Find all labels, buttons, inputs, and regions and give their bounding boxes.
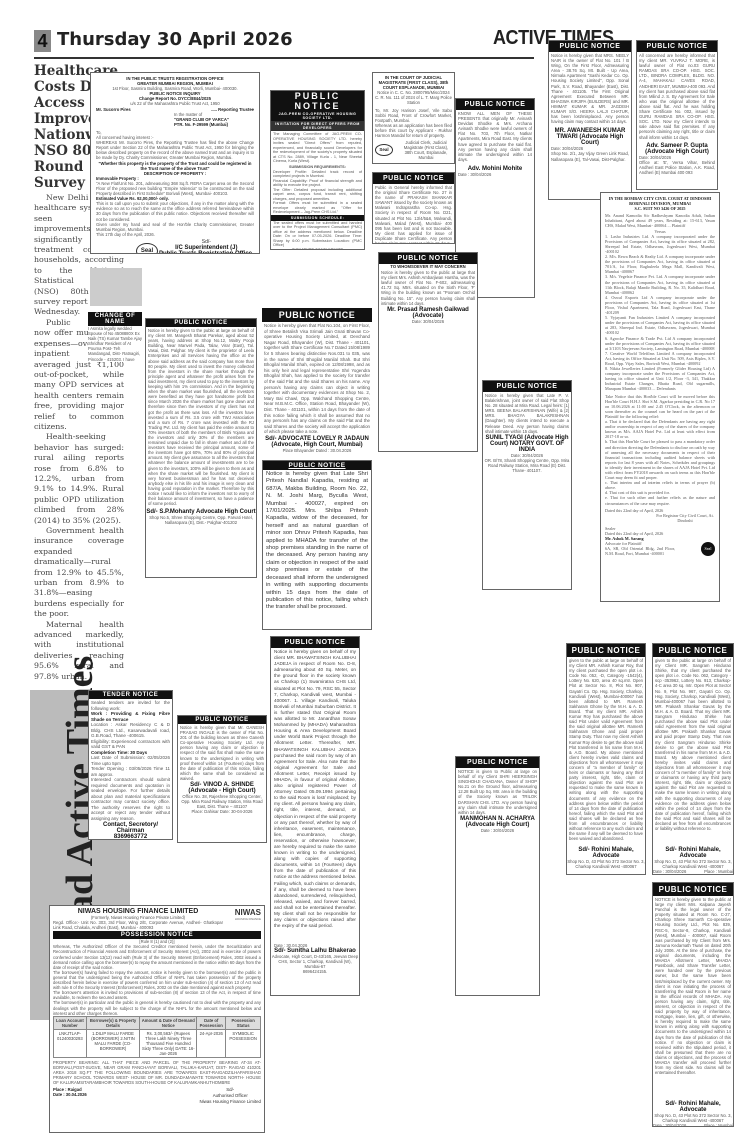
tender-contact: Contact, Secretory/ Chairman	[103, 822, 158, 834]
plaintiff: Mr. Anand Kamodia S/o Radheshyam Kanodia…	[605, 213, 715, 228]
company-name: NIWAS HOUSING FINANCE LIMITED	[53, 908, 223, 915]
requirements-list: Developer Profile: Detailed track record…	[271, 170, 364, 215]
defendant: 8. Nikita Jewelleries Limited (Formerly …	[605, 366, 715, 391]
page-number: 4	[34, 30, 51, 52]
notice-title: PUBLIC NOTICE	[483, 381, 571, 392]
notice-body: Notice is hereby given to the public at …	[379, 269, 477, 307]
defendants-list: 1. Lasho Industries Ltd. A company incor…	[605, 234, 715, 392]
tender-notice: TENDER NOTICE Sealed tenders are invited…	[88, 690, 173, 840]
case-number: Notice in C. C. No. 2800795/Misc/2024 C.…	[375, 90, 452, 105]
signature: Sd/- ADVOCATE LOVELY R JADAUN (Advocate,…	[265, 436, 369, 448]
notice-paragraph: The borrower(s) having failed to repay t…	[53, 970, 261, 990]
notice-body: Notice is hereby given on behalf of my c…	[271, 648, 359, 943]
niwas-possession-notice: NIWAS HOUSING FINANCE LIMITED (Formerly,…	[49, 905, 265, 1133]
notice-title: PUBLIC NOTICE	[549, 41, 631, 52]
relief-item: a. That it be declared that the Defendan…	[605, 419, 715, 439]
kapadia-notice: PUBLIC NOTICE Notice is hereby given tha…	[262, 460, 372, 630]
notice-title: PUBLIC NOTICE	[456, 99, 534, 110]
advocate-address: OR. B/78, Shanti Shopping Centre, Opp. M…	[483, 458, 571, 473]
notice-date: Date : 30/04/2026	[653, 869, 686, 874]
notice-paragraph: The borrower(s) in particular and the pu…	[53, 1000, 261, 1015]
signature: MANMOHAN N. ACHARYA (Advocate High Court…	[460, 816, 535, 828]
notice-title: PUBLIC NOTICE	[567, 644, 645, 657]
notice-body: Public in General hereby informed that t…	[373, 184, 454, 244]
niwas-logo: NIWAS HOUSING FINANCE	[235, 908, 261, 921]
advocate-address: 6A, SB, Old Oriental Bldg, 2nd Floor, N.…	[605, 546, 675, 556]
tender-eligibility: Eligibility: Experienced contractors wit…	[91, 739, 170, 750]
column-header: Amount & Date of Demand Notice	[140, 1016, 197, 1029]
column-header: Possession Status	[226, 1016, 261, 1029]
seal-icon: Seal	[375, 144, 393, 156]
logo-subtext: HOUSING FINANCE	[235, 917, 261, 921]
notice-date: Date : 30/04/2026	[456, 828, 539, 833]
vinod-notice: PUBLIC NOTICE Notice is hereby given tha…	[177, 715, 267, 843]
notice-body: Whereas as an application has been filed…	[375, 123, 452, 138]
borrower-details: 1.DILIP MALU FARDE (BORROWER) 2.NITIN MA…	[86, 1029, 140, 1057]
mangesh-notice: PUBLIC NOTICE Notice is hereby given to …	[145, 318, 257, 578]
requirement-item: Format: Offers must be submitted in a se…	[273, 201, 362, 215]
signature: MR. AWANEESH KUMAR TIWARI (Advocate High…	[555, 128, 626, 146]
column-header: Loan Account Number	[54, 1016, 87, 1029]
signature: Adv. Sameer P. Gupta (Advocate High Cour…	[645, 143, 709, 155]
relief-item: b. That this Hon'ble Court be pleased to…	[605, 439, 715, 480]
reliefs-list: a. That it be declared that the Defendan…	[605, 419, 715, 506]
notice-date: Date : 30/04/2026	[653, 1123, 686, 1127]
duplicate-share-notice: PUBLIC NOTICE Public in General hereby i…	[372, 172, 455, 244]
jag-prem-redevelopment-notice: PUBLIC NOTICE JAG-PREM CO-OPERATIVE HOUS…	[270, 90, 365, 250]
rohini-notice-shirke: PUBLIC NOTICE given to the public at lar…	[652, 643, 734, 875]
chadha-notice: PUBLIC NOTICE NOTICE is given to Public …	[455, 756, 540, 996]
notice-title: PUBLIC NOTICE	[262, 308, 372, 322]
suit-number: S.C. SUIT NO 3426 OF 2025	[605, 206, 715, 211]
notice-body: The Managing Committee of JAG-PREM CO-OP…	[271, 131, 364, 165]
notice-title: POSSESSION NOTICE	[53, 931, 261, 939]
notice-body: given to the public at large on behalf o…	[567, 657, 645, 847]
civil-court-suit-notice: IN THE BOMBAY CITY CIVIL COURT AT DINDOS…	[600, 192, 720, 602]
property-details: PROPERTY BEARING: ALL THAT PIECE AND PAR…	[53, 1060, 261, 1085]
signature-block: Judicial Clerk, Judicial Magistrate (Fir…	[400, 140, 452, 160]
notice-body: NOTICE is given to Public at large on be…	[456, 768, 539, 816]
invitation-heading: INVITATION FOR DIRECT OFFERS FROM DEVELO…	[271, 121, 364, 131]
tender-body: Sealed tenders are invited for the follo…	[89, 699, 172, 822]
notice-place: Place : Mumbai	[704, 869, 733, 874]
consultant-title: SIGNATURE CONSULTANTS	[271, 248, 364, 250]
advocate-address: Office No. 38, Rajeshree Shopping Center…	[178, 794, 266, 809]
advocate-address: Advocate, High Court, D-43/165, Jeevan D…	[271, 954, 359, 969]
column-header: Borrower(s) & Property Details	[86, 1016, 140, 1029]
notice-place-date: Place: Dahisar Date: 30-04-2026	[178, 809, 266, 814]
signature: Sd/- VINOD A. SHINDE (Advocate - High Co…	[188, 782, 255, 794]
tender-location: Location : Askar Residency C & D Bldg. C…	[91, 722, 170, 739]
ptr-number: PTR. No. F-29599 (Mumbai)	[96, 122, 254, 127]
relief-item: c. That interim and ad interim reliefs i…	[605, 480, 715, 490]
advocate-phone: 8696424155.	[271, 969, 359, 974]
notice-paragraph: The borrower's attention is invited to p…	[53, 990, 261, 1000]
tender-opening: Tender Opening : 03/05/2026 Time 11 am a…	[91, 766, 170, 777]
tender-phone: 8369663772	[114, 834, 147, 840]
defendant: 6. Agrocke Finance & Trade Pvt. Ltd A co…	[605, 336, 715, 351]
jadeja-notice: PUBLIC NOTICE Notice is hereby given on …	[270, 636, 360, 996]
signature: Mr. Prasad Ramesh Gaikwad (Advocate)	[387, 307, 469, 319]
trustee-name: Mr. Sucorro Pires	[96, 107, 131, 112]
logo-text: NIWAS	[235, 908, 261, 917]
article-body: New Delhi : India's healthcare system ha…	[34, 193, 124, 682]
tender-work: Work : Providing & Fixing Fibre Shade on…	[91, 711, 170, 722]
notice-body: Notice is hereby given that Late P. V. B…	[483, 392, 571, 435]
sig-office: Public Trusts Registration Office,	[159, 251, 254, 254]
seal-icon: Seal	[136, 243, 158, 254]
trust-registration-notice: IN THE PUBLIC TRUSTS REGISTRATION OFFICE…	[90, 72, 260, 254]
tender-intro: Sealed tenders are invited for the follo…	[91, 700, 170, 711]
masthead-rule	[34, 57, 534, 59]
notice-title: PUBLIC NOTICE	[653, 644, 733, 657]
defendant: 4. Oswal Exports Ltd A company incorpora…	[605, 295, 715, 315]
notice-body: given to the public at large on behalf o…	[653, 657, 733, 847]
advocate-address: Shop No. D, 43 Plot No 372 Sector No. 3,…	[567, 859, 645, 869]
notice-title: PUBLIC NOTICE	[146, 319, 256, 327]
requirement-item: Financial Capability: Proof of financial…	[273, 179, 362, 188]
defendant: 5. Vyjayanti Fan Industries Limited A co…	[605, 315, 715, 335]
whereas-paragraph: WHEREAS Mr. Sucorro Pires, the Reporting…	[96, 140, 254, 160]
signature: Sd/- Rohini Mahale, Advocate	[665, 847, 720, 859]
defendant: 1. Lasho Industries Ltd. A company incor…	[605, 234, 715, 254]
requirement-item: The Offer: Detailed proposal including a…	[273, 188, 362, 202]
tender-last-date: Last Date of Submission: 02/05/2026 Time…	[91, 755, 170, 766]
demand-amount: Rs. 3,00,563/- (Rupees Three Lakh Ninety…	[140, 1029, 197, 1057]
rohini-notice-roy: PUBLIC NOTICE given to the public at lar…	[566, 643, 646, 875]
defendant: 7. Creative World Telefilms Limited A co…	[605, 351, 715, 366]
notice-title: PUBLIC NOTICE	[653, 883, 733, 896]
defendant: 3. M/s. Vegelsie Finance Pvt. Ltd. A com…	[605, 274, 715, 294]
addressee: To, Mr. Joy Harison Josef, Vile Sabu Sob…	[375, 108, 452, 123]
property-description: "A New Flat/Unit No. 201, admeasuring 36…	[96, 181, 254, 196]
notice-body: Notice is hereby given that Late Shri Pr…	[263, 470, 371, 625]
notice-title: PUBLIC NOTICE	[379, 253, 477, 264]
notice-title: PUBLIC NOTICE	[178, 716, 266, 724]
notice-body: I Asmita legally wedded Spouse of No 450…	[88, 326, 142, 362]
sig-company: Niwas Housing Finance Limited	[200, 1099, 262, 1105]
notice-body: All concerned are hereby informed that m…	[637, 52, 717, 141]
notice-title: PUBLIC NOTICE	[373, 173, 454, 184]
notice-place: Place : Mumbai	[704, 1123, 733, 1127]
registered-office: Regd. Office:- Unit No. 303, 3rd Floor, …	[53, 920, 223, 930]
notice-subtitle: TO WHOMSOEVER IT MAY CONCERN	[379, 264, 477, 269]
signature: SUNIL TYAGI (Advocate High Court) NOTARY…	[485, 435, 568, 453]
notice-paragraph: Whereas, The Authorized Officer of the S…	[53, 944, 261, 969]
inquiry-question: "Whether this property is the property o…	[96, 161, 254, 171]
advocate-address: Shop No. D, 43 Plot No 372 Sector No. 3,…	[653, 859, 733, 869]
notice-title: CHANGE OF NAME	[88, 312, 142, 326]
loan-account: LNKJTLAP-01240030293	[54, 1029, 87, 1057]
notice-title: PUBLIC NOTICE	[263, 461, 371, 470]
notice-title: PUBLIC NOTICE	[271, 91, 364, 111]
notice-day: This 17th day of the April, 2026.	[96, 232, 254, 237]
rohini-notice-panchal: PUBLIC NOTICE NOTICE is hereby given to …	[652, 882, 734, 1127]
magistrate-court-notice: IN THE COURT OF JUDICIAL MAGISTRATE (FIR…	[372, 72, 455, 164]
defendant: 2. M/s. Rewa Beach & Realty Ltd. A compa…	[605, 254, 715, 274]
notice-body: Notice is hereby given that MRS. NEELY N…	[549, 52, 631, 125]
registrar-sign: For Registrar City Civil Court, At. Dind…	[605, 513, 715, 523]
column-header: Date of Possession	[197, 1016, 226, 1029]
balakrishnan-notice: PUBLIC NOTICE Notice is hereby given tha…	[482, 380, 572, 590]
article-paragraph: Health-seeking behavior has surged: rura…	[34, 432, 124, 526]
signature-block: Sd/- I/C Superintendent (J) Public Trust…	[159, 239, 254, 254]
nair-notice: PUBLIC NOTICE Notice is hereby given tha…	[548, 40, 632, 200]
society-name: JAG-PREM CO-OPERATIVE HOUSING SOCIETY LT…	[271, 111, 364, 121]
possession-status: SYMBOLIC POSSESSION	[226, 1029, 261, 1057]
issue-date: Thursday 30 April 2026	[57, 29, 293, 50]
schedule-body: The sealed offers must be submitted and …	[271, 221, 364, 248]
notice-place-date: Place Bhayander Dated : 30.04.2026	[262, 448, 372, 453]
table-row: LNKJTLAP-01240030293 1.DILIP MALU FARDE …	[54, 1029, 261, 1057]
change-of-name-notice: CHANGE OF NAME I Asmita legally wedded S…	[88, 312, 142, 362]
notice-title: TENDER NOTICE	[89, 691, 172, 699]
notice-body: KNOW ALL MEN OF THESE PRESENTS that orig…	[456, 110, 534, 163]
advocate-address: Shop No. 2/1, Jay Vijay Green Link Road,…	[549, 151, 631, 161]
notice-date: Date : 30/04/2026	[456, 172, 534, 177]
trustee-role: ..... Reporting Trustee	[211, 107, 254, 112]
relief-item: e. That for such other and further relie…	[605, 495, 715, 505]
possession-table: Loan Account Number Borrower(s) & Proper…	[53, 1016, 261, 1058]
advocate-address: Shop No. D, 43 Plot No 372 Sector No. 3,…	[653, 1113, 733, 1123]
signature: Sd/- Rohini Mahale, Advocate	[578, 847, 633, 859]
notice-body: Notice is hereby given that Flat No.104,…	[262, 322, 372, 436]
seal-icon: Seal	[701, 542, 715, 556]
given-under: Given under my hand and seal of the Hon'…	[96, 222, 254, 232]
notice-title: PUBLIC NOTICE	[637, 41, 717, 52]
advocate-address: Office at: 'E', Versa Vihar, Behind Andh…	[637, 160, 717, 175]
take-notice: Take Notice that this Hon'ble Court will…	[605, 394, 715, 419]
date: Date : 30.04.2026	[53, 1092, 87, 1097]
ad-placeholder	[90, 268, 142, 306]
notice-body: Notice is hereby given that Mr. GANESH P…	[178, 724, 266, 782]
notice-date: Date: 30/04/2026	[379, 319, 477, 324]
objection-call: This is to call upon you to submit your …	[96, 201, 254, 221]
court-heading: IN THE COURT OF JUDICIAL MAGISTRATE (FIR…	[375, 75, 452, 90]
advocate-address: Shop No.5, Shree Shopping Centre, Opp. P…	[146, 515, 256, 525]
article-paragraph: Government health insurance coverage exp…	[34, 526, 124, 620]
tender-text: Interested contractors should submit req…	[91, 777, 170, 821]
signature: Sd/- Rohini Mahale, Advocate	[665, 1101, 720, 1113]
shah-notice: PUBLIC NOTICE Notice is hereby given tha…	[262, 308, 372, 458]
more-notice: PUBLIC NOTICE All concerned are hereby i…	[636, 40, 718, 190]
notice-body: Notice is hereby given to the public at …	[146, 327, 256, 507]
notice-title: PUBLIC NOTICE	[456, 757, 539, 768]
requirement-item: Developer Profile: Detailed track record…	[273, 170, 362, 179]
possession-date: 24-Apr-2026	[197, 1029, 226, 1057]
whomsoever-notice: PUBLIC NOTICE TO WHOMSOEVER IT MAY CONCE…	[378, 252, 478, 452]
notice-title: PUBLIC NOTICE	[271, 637, 359, 648]
notice-body: NOTICE is hereby given to the public at …	[653, 896, 733, 1101]
